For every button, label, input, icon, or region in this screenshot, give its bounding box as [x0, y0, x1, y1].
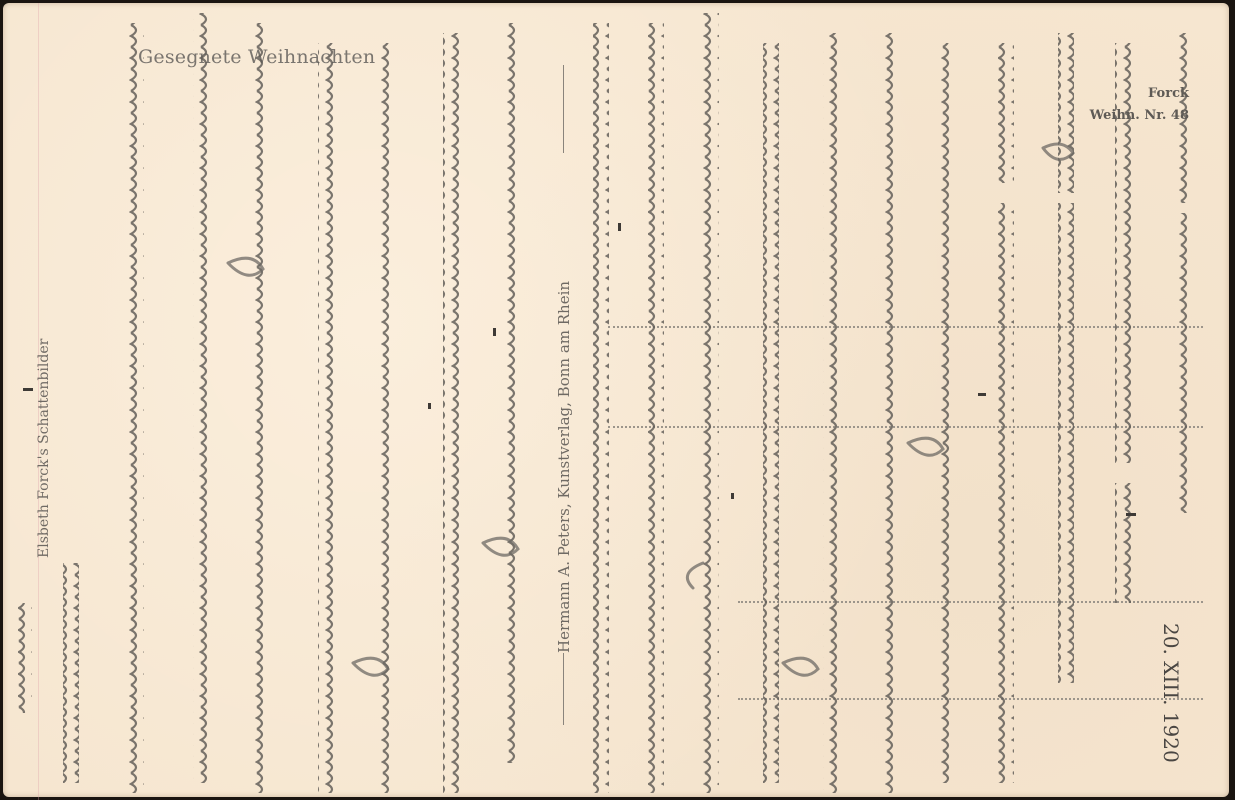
postcard: Gesegnete Weihnachten Forck Weihn. Nr. 4… — [3, 3, 1229, 797]
handwritten-date: 20. XIII. 1920 — [1159, 623, 1183, 763]
handwritten-message — [3, 3, 1235, 800]
